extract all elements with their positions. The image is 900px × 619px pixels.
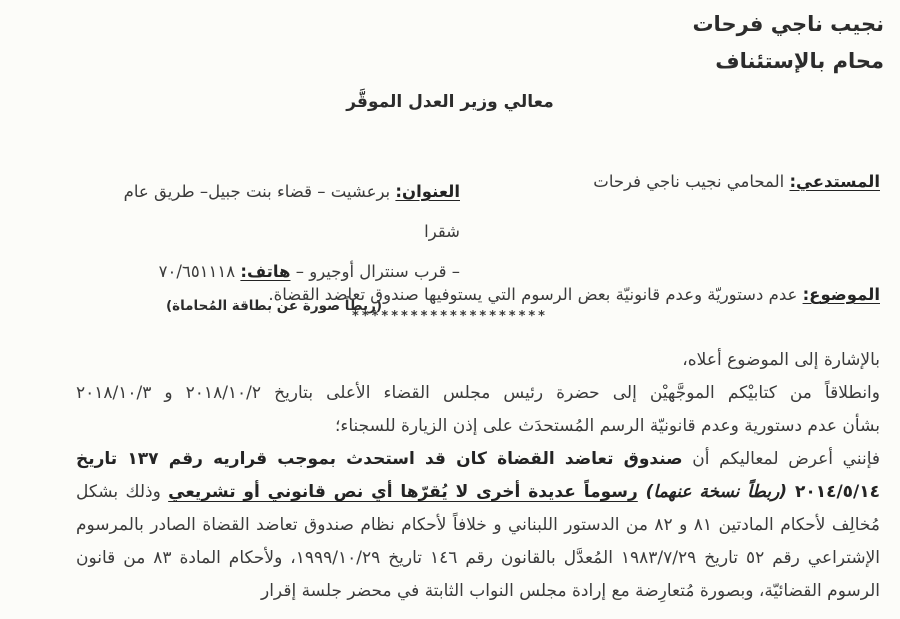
body-paragraph-3: فإنني أعرض لمعاليكم أن صندوق تعاضد القضا… — [76, 443, 880, 608]
address-label: العنوان: — [395, 182, 460, 201]
phone-label: هاتف: — [240, 262, 290, 281]
body-paragraph-2-line-1: وانطلاقاً من كتابيْكم الموجَّهيْن إلى حض… — [76, 377, 880, 410]
subject-label: الموضوع: — [803, 285, 880, 304]
p3-bold-italic: (ربطاً نسخة عنهما) — [638, 482, 787, 502]
p3-bold-underline: رسوماً عديدة أخرى لا يُقرّها أي نص قانون… — [168, 482, 638, 502]
address-line-1: العنوان: برعشيت – قضاء بنت جبيل– طريق عا… — [88, 172, 460, 252]
letter-body: بالإشارة إلى الموضوع أعلاه، وانطلاقاً من… — [76, 344, 880, 608]
body-paragraph-2-line-2: بشأن عدم دستورية وعدم قانونيّة الرسم الم… — [76, 410, 880, 443]
applicant-value: المحامي نجيب ناجي فرحات — [593, 172, 789, 191]
body-paragraph-1: بالإشارة إلى الموضوع أعلاه، — [76, 344, 880, 377]
letterhead: نجيب ناجي فرحات محام بالإستئناف — [692, 6, 884, 80]
body-paragraph-2: وانطلاقاً من كتابيْكم الموجَّهيْن إلى حض… — [76, 377, 880, 443]
subject-line: الموضوع: عدم دستوريّة وعدم قانونيّة بعض … — [40, 281, 880, 308]
p3-normal-1: فإنني أعرض لمعاليكم أن — [683, 449, 880, 469]
document-page: نجيب ناجي فرحات محام بالإستئناف معالي وز… — [0, 0, 900, 619]
letterhead-name: نجيب ناجي فرحات — [692, 6, 884, 43]
letterhead-role: محام بالإستئناف — [692, 43, 884, 80]
phone-value: ٧٠/٦٥١١١٨ — [159, 262, 241, 281]
address-line2-prefix: – قرب سنترال أوجيرو – — [290, 262, 460, 281]
applicant-label: المستدعي: — [789, 172, 880, 191]
applicant-line: المستدعي: المحامي نجيب ناجي فرحات — [593, 172, 880, 191]
salutation: معالي وزير العدل الموقَّر — [0, 92, 900, 112]
separator-stars: ******************** — [0, 309, 900, 324]
subject-text: عدم دستوريّة وعدم قانونيّة بعض الرسوم ال… — [268, 285, 802, 304]
